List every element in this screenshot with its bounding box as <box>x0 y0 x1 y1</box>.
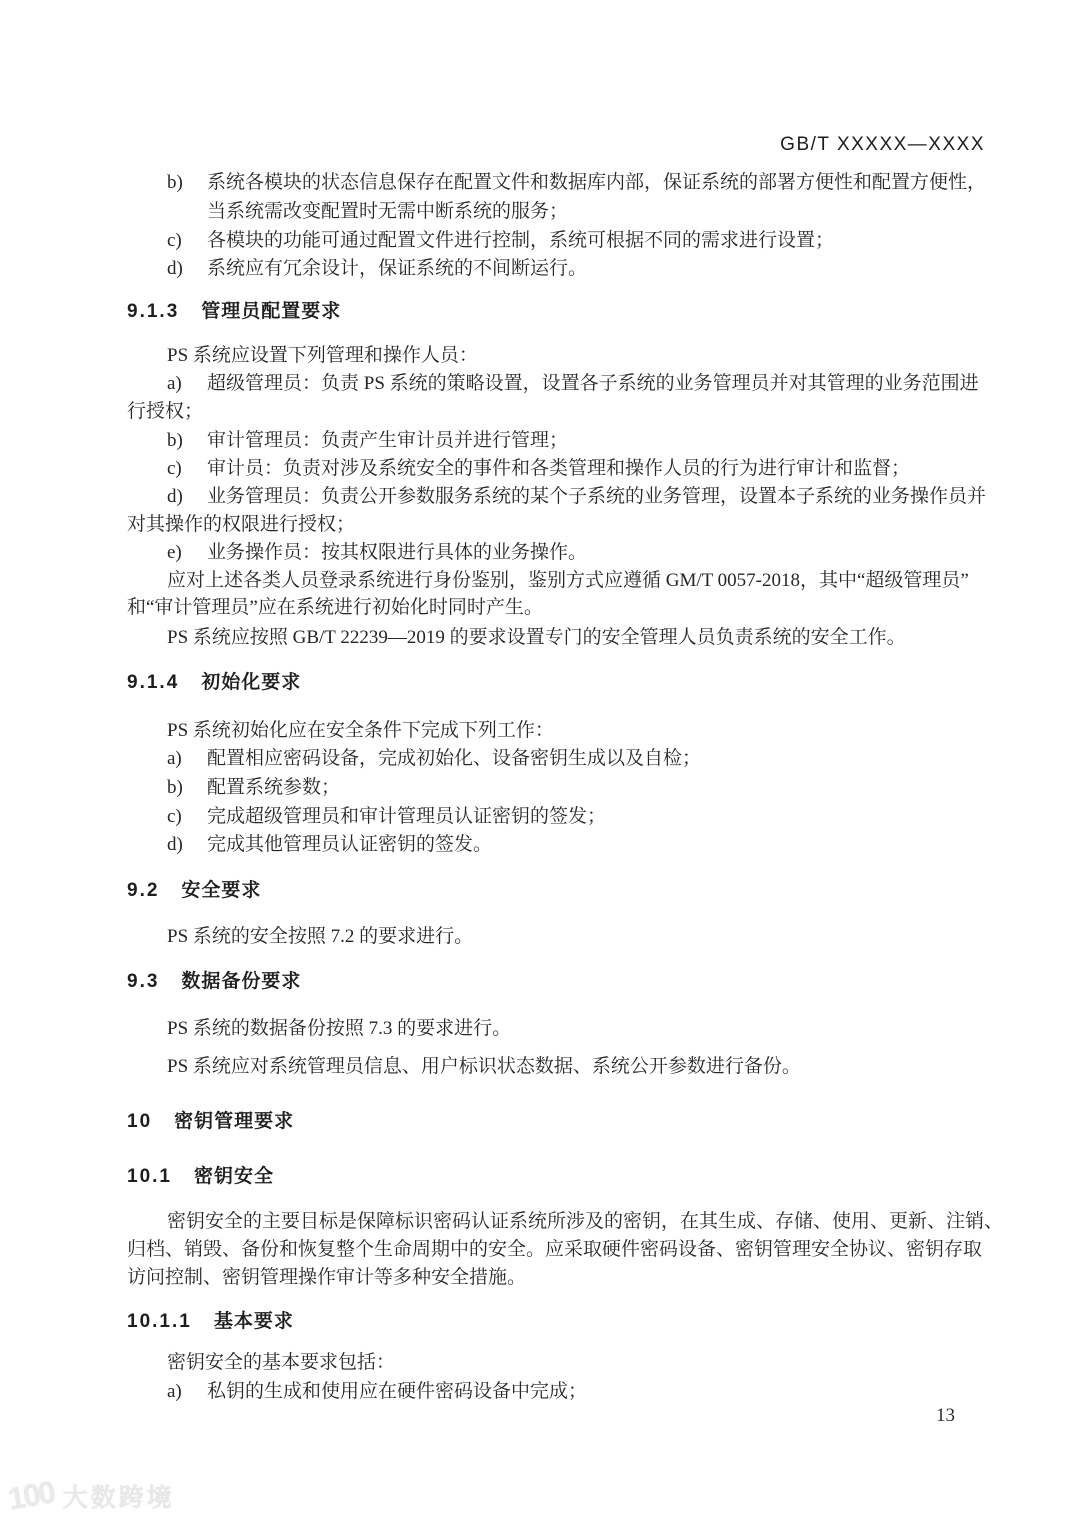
list-item-text: 各模块的功能可通过配置文件进行控制，系统可根据不同的需求进行设置； <box>207 230 834 251</box>
section-heading: 9.1.4初始化要求 <box>127 672 301 694</box>
paragraph-line: PS 系统的数据备份按照 7.3 的要求进行。 <box>167 1018 511 1040</box>
list-item: d)业务管理员：负责公开参数服务系统的某个子系统的业务管理，设置本子系统的业务操… <box>167 486 986 508</box>
list-item-label: d) <box>167 486 207 508</box>
section-title: 数据备份要求 <box>181 971 301 992</box>
continuation-line: 当系统需改变配置时无需中断系统的服务； <box>207 201 568 223</box>
list-item-text: 系统应有冗余设计，保证系统的不间断运行。 <box>207 258 587 279</box>
list-item: d)系统应有冗余设计，保证系统的不间断运行。 <box>167 258 587 280</box>
list-item-label: c) <box>167 806 207 828</box>
paragraph-line: 密钥安全的主要目标是保障标识密码认证系统所涉及的密钥，在其生成、存储、使用、更新… <box>167 1211 1003 1233</box>
continuation-line: 行授权； <box>127 401 203 423</box>
section-heading: 9.2安全要求 <box>127 880 261 902</box>
section-number: 10 <box>127 1111 152 1132</box>
list-item-label: b) <box>167 777 207 799</box>
list-item-text: 审计员：负责对涉及系统安全的事件和各类管理和操作人员的行为进行审计和监督； <box>207 458 910 479</box>
list-item-label: b) <box>167 430 207 452</box>
section-number: 9.2 <box>127 880 159 901</box>
page-number: 13 <box>936 1405 955 1427</box>
list-item-text: 配置系统参数； <box>207 777 340 798</box>
list-item-label: c) <box>167 458 207 480</box>
section-title: 密钥管理要求 <box>174 1111 294 1132</box>
list-item-text: 系统各模块的状态信息保存在配置文件和数据库内部，保证系统的部署方便性和配置方便性… <box>207 172 986 193</box>
watermark-brand: 大数跨境 <box>63 1478 175 1514</box>
list-item-label: c) <box>167 230 207 252</box>
section-title: 管理员配置要求 <box>201 301 341 322</box>
paragraph-line: PS 系统应对系统管理员信息、用户标识状态数据、系统公开参数进行备份。 <box>167 1056 801 1078</box>
list-item-text: 完成超级管理员和审计管理员认证密钥的签发； <box>207 806 606 827</box>
paragraph-line: PS 系统应设置下列管理和操作人员： <box>167 345 478 367</box>
section-number: 9.1.4 <box>127 672 179 693</box>
list-item-text: 完成其他管理员认证密钥的签发。 <box>207 834 492 855</box>
list-item-text: 业务管理员：负责公开参数服务系统的某个子系统的业务管理，设置本子系统的业务操作员… <box>207 486 986 507</box>
list-item: b)系统各模块的状态信息保存在配置文件和数据库内部，保证系统的部署方便性和配置方… <box>167 172 986 194</box>
paragraph-line: 应对上述各类人员登录系统进行身份鉴别，鉴别方式应遵循 GM/T 0057-201… <box>167 570 969 592</box>
section-heading: 10.1.1基本要求 <box>127 1311 294 1333</box>
list-item-label: d) <box>167 258 207 280</box>
list-item-label: a) <box>167 373 207 395</box>
paragraph-line: PS 系统应按照 GB/T 22239—2019 的要求设置专门的安全管理人员负… <box>167 627 906 649</box>
list-item: c)完成超级管理员和审计管理员认证密钥的签发； <box>167 806 606 828</box>
paragraph-line: PS 系统的安全按照 7.2 的要求进行。 <box>167 926 473 948</box>
list-item-label: b) <box>167 172 207 194</box>
continuation-line: 和“审计管理员”应在系统进行初始化时同时产生。 <box>127 597 543 619</box>
list-item-label: d) <box>167 834 207 856</box>
section-heading: 10密钥管理要求 <box>127 1111 294 1133</box>
list-item-label: e) <box>167 542 207 564</box>
list-item: b)配置系统参数； <box>167 777 340 799</box>
list-item: a)配置相应密码设备，完成初始化、设备密钥生成以及自检； <box>167 748 701 770</box>
list-item-text: 配置相应密码设备，完成初始化、设备密钥生成以及自检； <box>207 748 701 769</box>
section-number: 9.1.3 <box>127 301 179 322</box>
list-item-text: 审计管理员：负责产生审计员并进行管理； <box>207 430 568 451</box>
section-heading: 9.3数据备份要求 <box>127 971 301 993</box>
list-item-label: a) <box>167 748 207 770</box>
list-item: b)审计管理员：负责产生审计员并进行管理； <box>167 430 568 452</box>
document-body: b)系统各模块的状态信息保存在配置文件和数据库内部，保证系统的部署方便性和配置方… <box>0 0 1080 1527</box>
document-page: GB/T XXXXX—XXXX b)系统各模块的状态信息保存在配置文件和数据库内… <box>0 0 1080 1527</box>
list-item-text: 超级管理员：负责 PS 系统的策略设置，设置各子系统的业务管理员并对其管理的业务… <box>207 373 979 394</box>
list-item: a)私钥的生成和使用应在硬件密码设备中完成； <box>167 1381 587 1403</box>
watermark-logo-icon: 100 <box>5 1474 56 1517</box>
list-item-label: a) <box>167 1381 207 1403</box>
watermark: 100 大数跨境 <box>8 1478 175 1514</box>
list-item: a)超级管理员：负责 PS 系统的策略设置，设置各子系统的业务管理员并对其管理的… <box>167 373 979 395</box>
section-title: 安全要求 <box>181 880 261 901</box>
continuation-line: 对其操作的权限进行授权； <box>127 514 355 536</box>
list-item: e)业务操作员：按其权限进行具体的业务操作。 <box>167 542 587 564</box>
paragraph-line: 密钥安全的基本要求包括： <box>167 1352 395 1374</box>
continuation-line: 访问控制、密钥管理操作审计等多种安全措施。 <box>127 1267 526 1289</box>
section-title: 密钥安全 <box>194 1166 274 1187</box>
list-item-text: 业务操作员：按其权限进行具体的业务操作。 <box>207 542 587 563</box>
section-number: 10.1 <box>127 1166 172 1187</box>
paragraph-line: PS 系统初始化应在安全条件下完成下列工作： <box>167 720 554 742</box>
section-heading: 9.1.3管理员配置要求 <box>127 301 341 323</box>
list-item: d)完成其他管理员认证密钥的签发。 <box>167 834 492 856</box>
list-item-text: 私钥的生成和使用应在硬件密码设备中完成； <box>207 1381 587 1402</box>
section-heading: 10.1密钥安全 <box>127 1166 274 1188</box>
section-number: 9.3 <box>127 971 159 992</box>
list-item: c)审计员：负责对涉及系统安全的事件和各类管理和操作人员的行为进行审计和监督； <box>167 458 910 480</box>
section-title: 基本要求 <box>214 1311 294 1332</box>
continuation-line: 归档、销毁、备份和恢复整个生命周期中的安全。应采取硬件密码设备、密钥管理安全协议… <box>127 1239 982 1261</box>
section-title: 初始化要求 <box>201 672 301 693</box>
list-item: c)各模块的功能可通过配置文件进行控制，系统可根据不同的需求进行设置； <box>167 230 834 252</box>
section-number: 10.1.1 <box>127 1311 192 1332</box>
